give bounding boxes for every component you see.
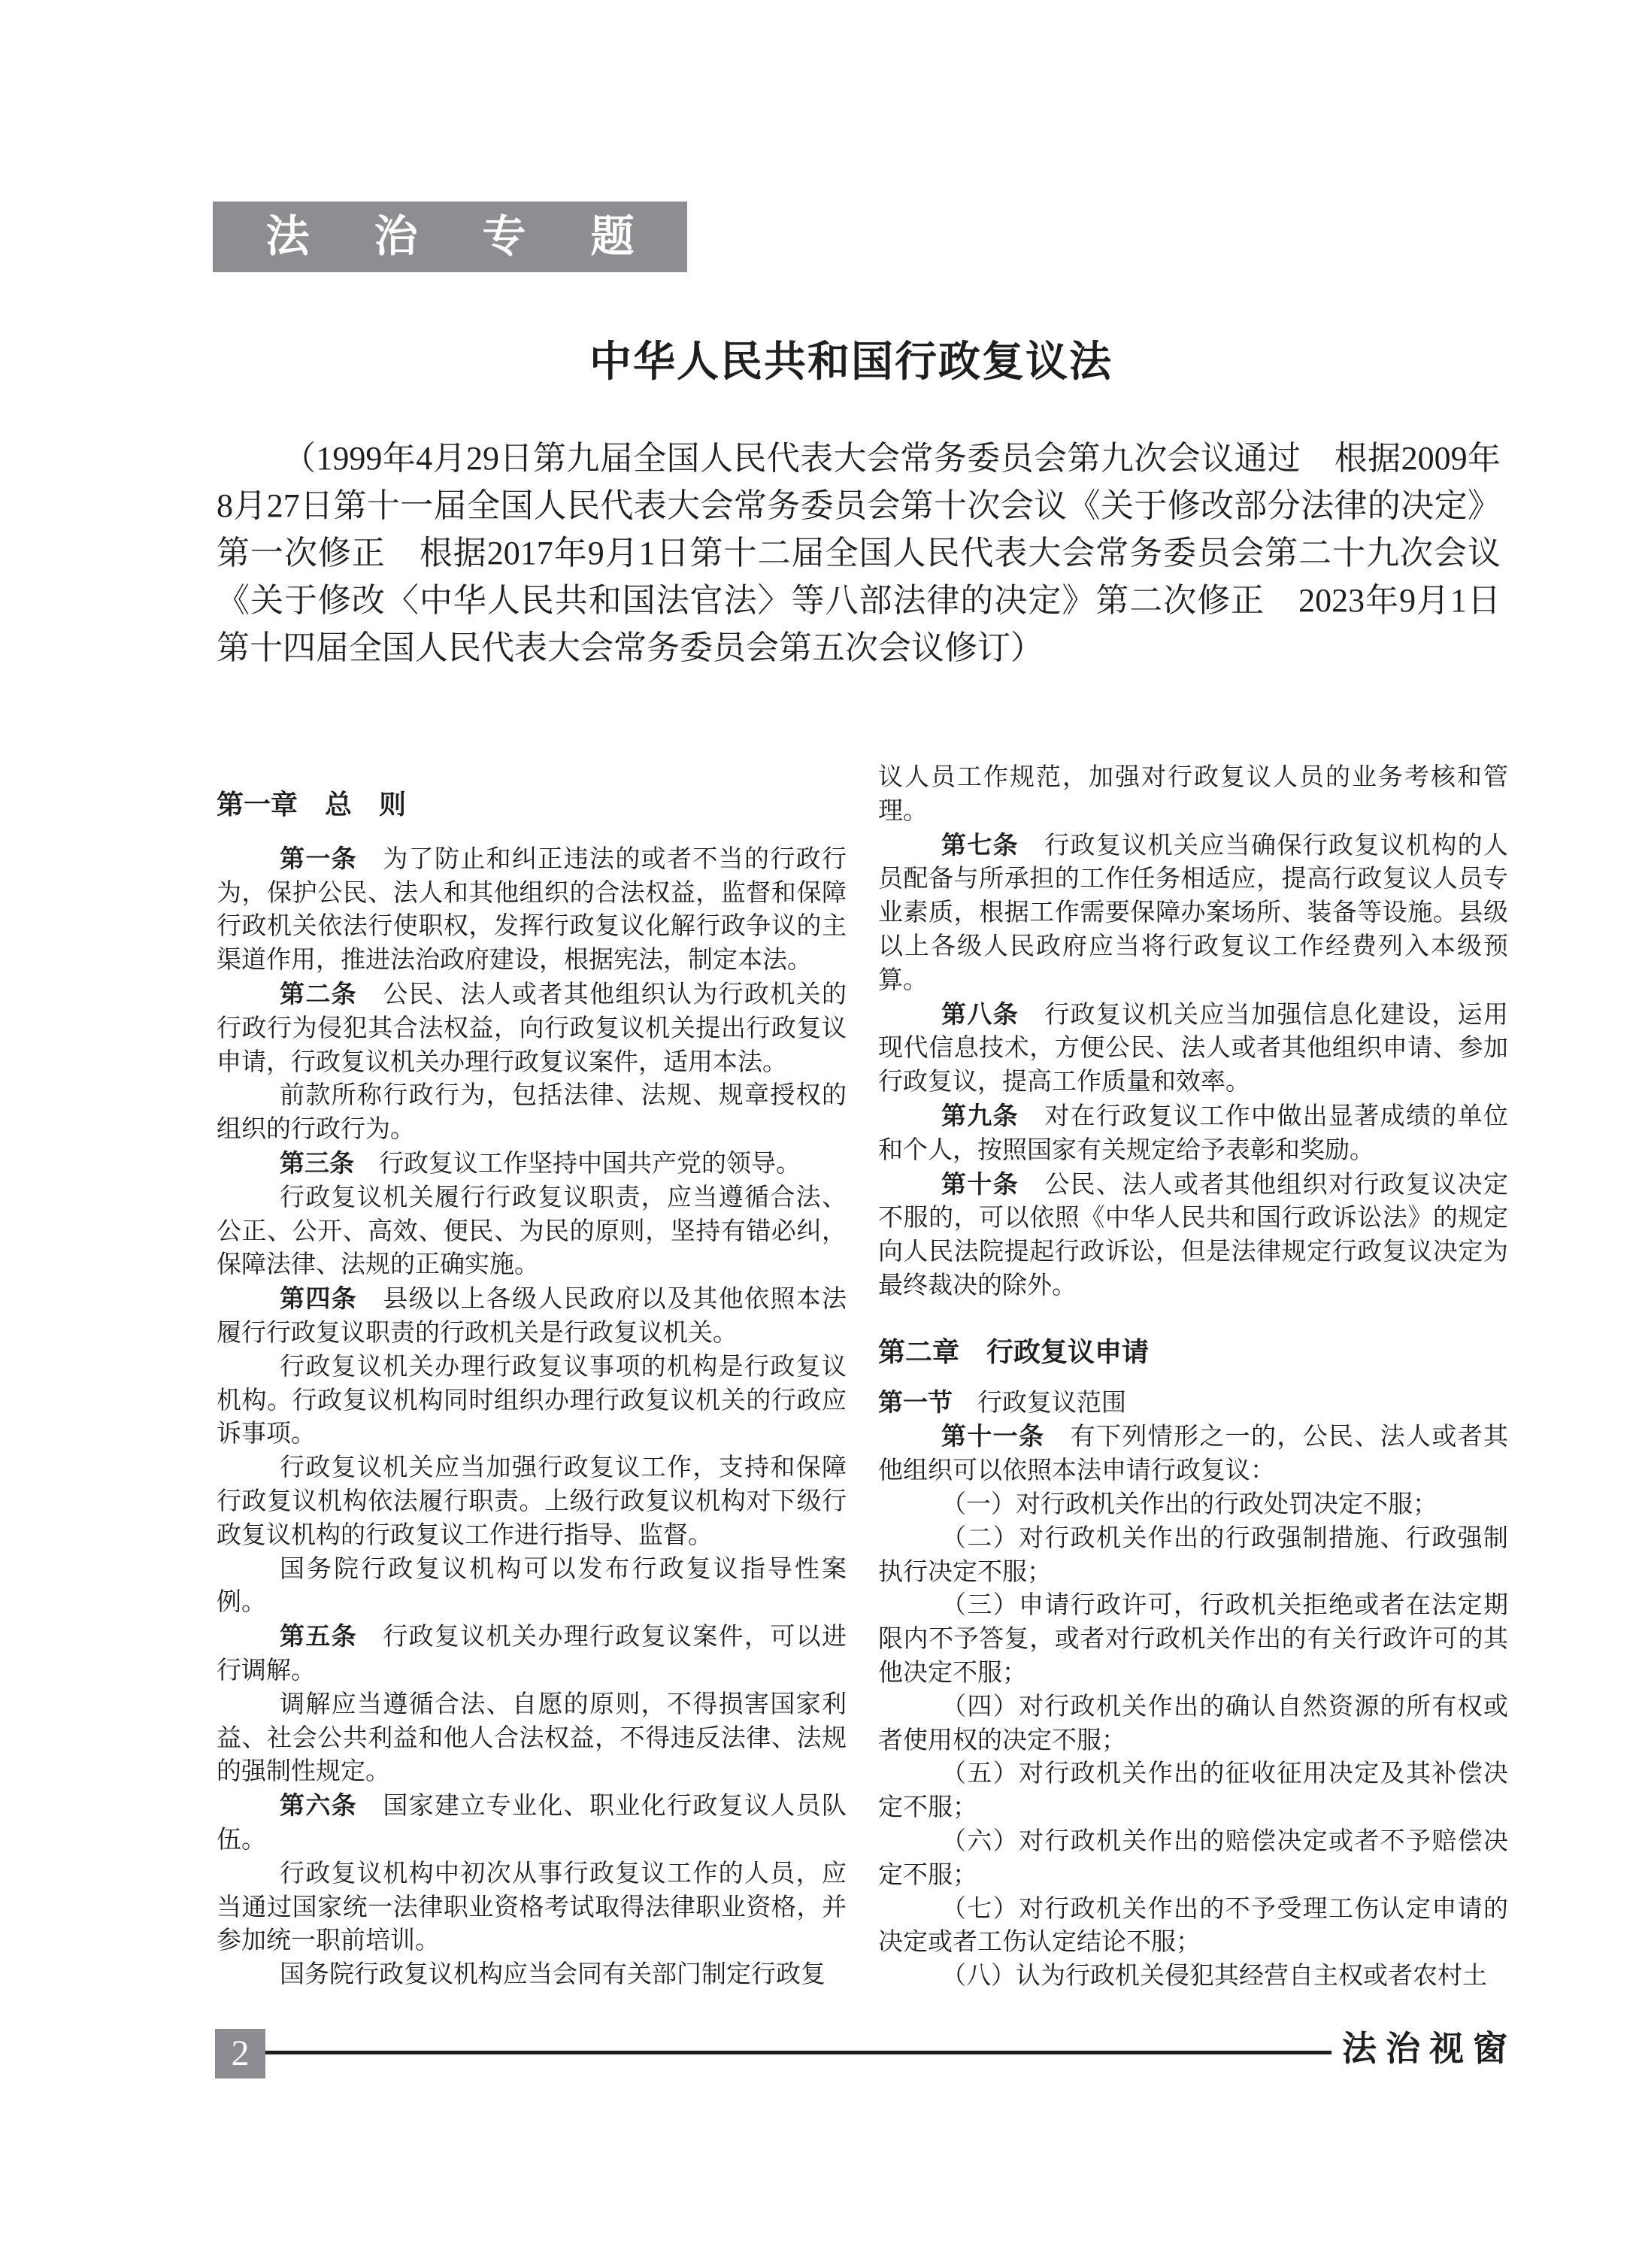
- article-paragraph: 第七条 行政复议机关应当确保行政复议机构的人员配备与所承担的工作任务相适应，提高…: [878, 829, 1508, 998]
- paragraph: 行政复议机关办理行政复议事项的机构是行政复议机构。行政复议机构同时组织办理行政复…: [217, 1351, 847, 1451]
- article-paragraph: 第十一条 有下列情形之一的，公民、法人或者其他组织可以依照本法申请行政复议：: [878, 1420, 1508, 1488]
- magazine-page: 法治专题 中华人民共和国行政复议法 （1999年4月29日第九届全国人民代表大会…: [0, 0, 1645, 2268]
- chapter-heading: 第一章 总 则: [217, 788, 847, 822]
- article-paragraph: 第三条 行政复议工作坚持中国共产党的领导。: [217, 1147, 847, 1181]
- two-column-body: 第一章 总 则第一条 为了防止和纠正违法的或者不当的行政行为，保护公民、法人和其…: [217, 761, 1508, 1994]
- paragraph: （七）对行政机关作出的不予受理工伤认定申请的决定或者工伤认定结论不服；: [878, 1893, 1508, 1960]
- paragraph: （四）对行政机关作出的确认自然资源的所有权或者使用权的决定不服；: [878, 1690, 1508, 1758]
- paragraph: （三）申请行政许可，行政机关拒绝或者在法定期限内不予答复，或者对行政机关作出的有…: [878, 1589, 1508, 1690]
- paragraph: 行政复议机关应当加强行政复议工作，支持和保障行政复议机构依法履行职责。上级行政复…: [217, 1451, 847, 1552]
- paragraph: （五）对行政机关作出的征收征用决定及其补偿决定不服；: [878, 1757, 1508, 1825]
- article-paragraph: 第八条 行政复议机关应当加强信息化建设，运用现代信息技术，方便公民、法人或者其他…: [878, 998, 1508, 1099]
- topic-banner: 法治专题: [213, 202, 687, 272]
- article-number: 第二条: [280, 980, 357, 1008]
- article-number: 第五条: [280, 1622, 357, 1650]
- paragraph: （六）对行政机关作出的赔偿决定或者不予赔偿决定不服；: [878, 1825, 1508, 1893]
- article-paragraph: 第十条 公民、法人或者其他组织对行政复议决定不服的，可以依照《中华人民共和国行政…: [878, 1168, 1508, 1303]
- topic-banner-label: 法治专题: [265, 215, 698, 259]
- preamble-paragraph: （1999年4月29日第九届全国人民代表大会常务委员会第九次会议通过 根据200…: [217, 435, 1501, 672]
- article-paragraph: 第四条 县级以上各级人民政府以及其他依照本法履行行政复议职责的行政机关是行政复议…: [217, 1282, 847, 1351]
- journal-name: 法治视窗: [1342, 2030, 1515, 2069]
- left-column: 第一章 总 则第一条 为了防止和纠正违法的或者不当的行政行为，保护公民、法人和其…: [217, 761, 847, 1992]
- article-paragraph: 第一条 为了防止和纠正违法的或者不当的行政行为，保护公民、法人和其他组织的合法权…: [217, 842, 847, 978]
- article-number: 第十一条: [941, 1422, 1044, 1450]
- paragraph: 前款所称行政行为，包括法律、法规、规章授权的组织的行政行为。: [217, 1079, 847, 1147]
- section-heading: 第一节 行政复议范围: [878, 1386, 1508, 1421]
- paragraph: （二）对行政机关作出的行政强制措施、行政强制执行决定不服；: [878, 1522, 1508, 1590]
- chapter-heading: 第二章 行政复议申请: [878, 1336, 1508, 1369]
- paragraph: 国务院行政复议机构应当会同有关部门制定行政复: [217, 1958, 847, 1992]
- paragraph: 国务院行政复议机构可以发布行政复议指导性案例。: [217, 1553, 847, 1621]
- article-number: 第四条: [280, 1284, 357, 1312]
- article-number: 第九条: [941, 1102, 1019, 1129]
- paragraph: 行政复议机关履行行政复议职责，应当遵循合法、公正、公开、高效、便民、为民的原则，…: [217, 1181, 847, 1282]
- paragraph: 行政复议机构中初次从事行政复议工作的人员，应当通过国家统一法律职业资格考试取得法…: [217, 1857, 847, 1958]
- article-paragraph: 第九条 对在行政复议工作中做出显著成绩的单位和个人，按照国家有关规定给予表彰和奖…: [878, 1099, 1508, 1168]
- footer-rule: [265, 2051, 1331, 2054]
- article-number: 第七条: [941, 831, 1019, 859]
- continued-paragraph: 议人员工作规范，加强对行政复议人员的业务考核和管理。: [878, 761, 1508, 829]
- article-number: 第一条: [280, 844, 357, 872]
- law-title: 中华人民共和国行政复议法: [217, 338, 1486, 387]
- paragraph: 调解应当遵循合法、自愿的原则，不得损害国家利益、社会公共利益和他人合法权益，不得…: [217, 1688, 847, 1789]
- article-number: 第十条: [941, 1170, 1019, 1198]
- page-number-badge: 2: [215, 2029, 265, 2078]
- article-number: 第八条: [941, 1000, 1019, 1028]
- article-number: 第六条: [280, 1791, 357, 1819]
- page-number: 2: [232, 2036, 250, 2072]
- paragraph: （八）认为行政机关侵犯其经营自主权或者农村土: [878, 1960, 1508, 1994]
- article-paragraph: 第二条 公民、法人或者其他组织认为行政机关的行政行为侵犯其合法权益，向行政复议机…: [217, 978, 847, 1079]
- right-column: 议人员工作规范，加强对行政复议人员的业务考核和管理。第七条 行政复议机关应当确保…: [878, 761, 1508, 1994]
- article-paragraph: 第六条 国家建立专业化、职业化行政复议人员队伍。: [217, 1789, 847, 1857]
- article-paragraph: 第五条 行政复议机关办理行政复议案件，可以进行调解。: [217, 1620, 847, 1688]
- article-number: 第三条: [280, 1149, 354, 1177]
- paragraph: （一）对行政机关作出的行政处罚决定不服；: [878, 1488, 1508, 1522]
- article-number: 第一节: [878, 1388, 953, 1416]
